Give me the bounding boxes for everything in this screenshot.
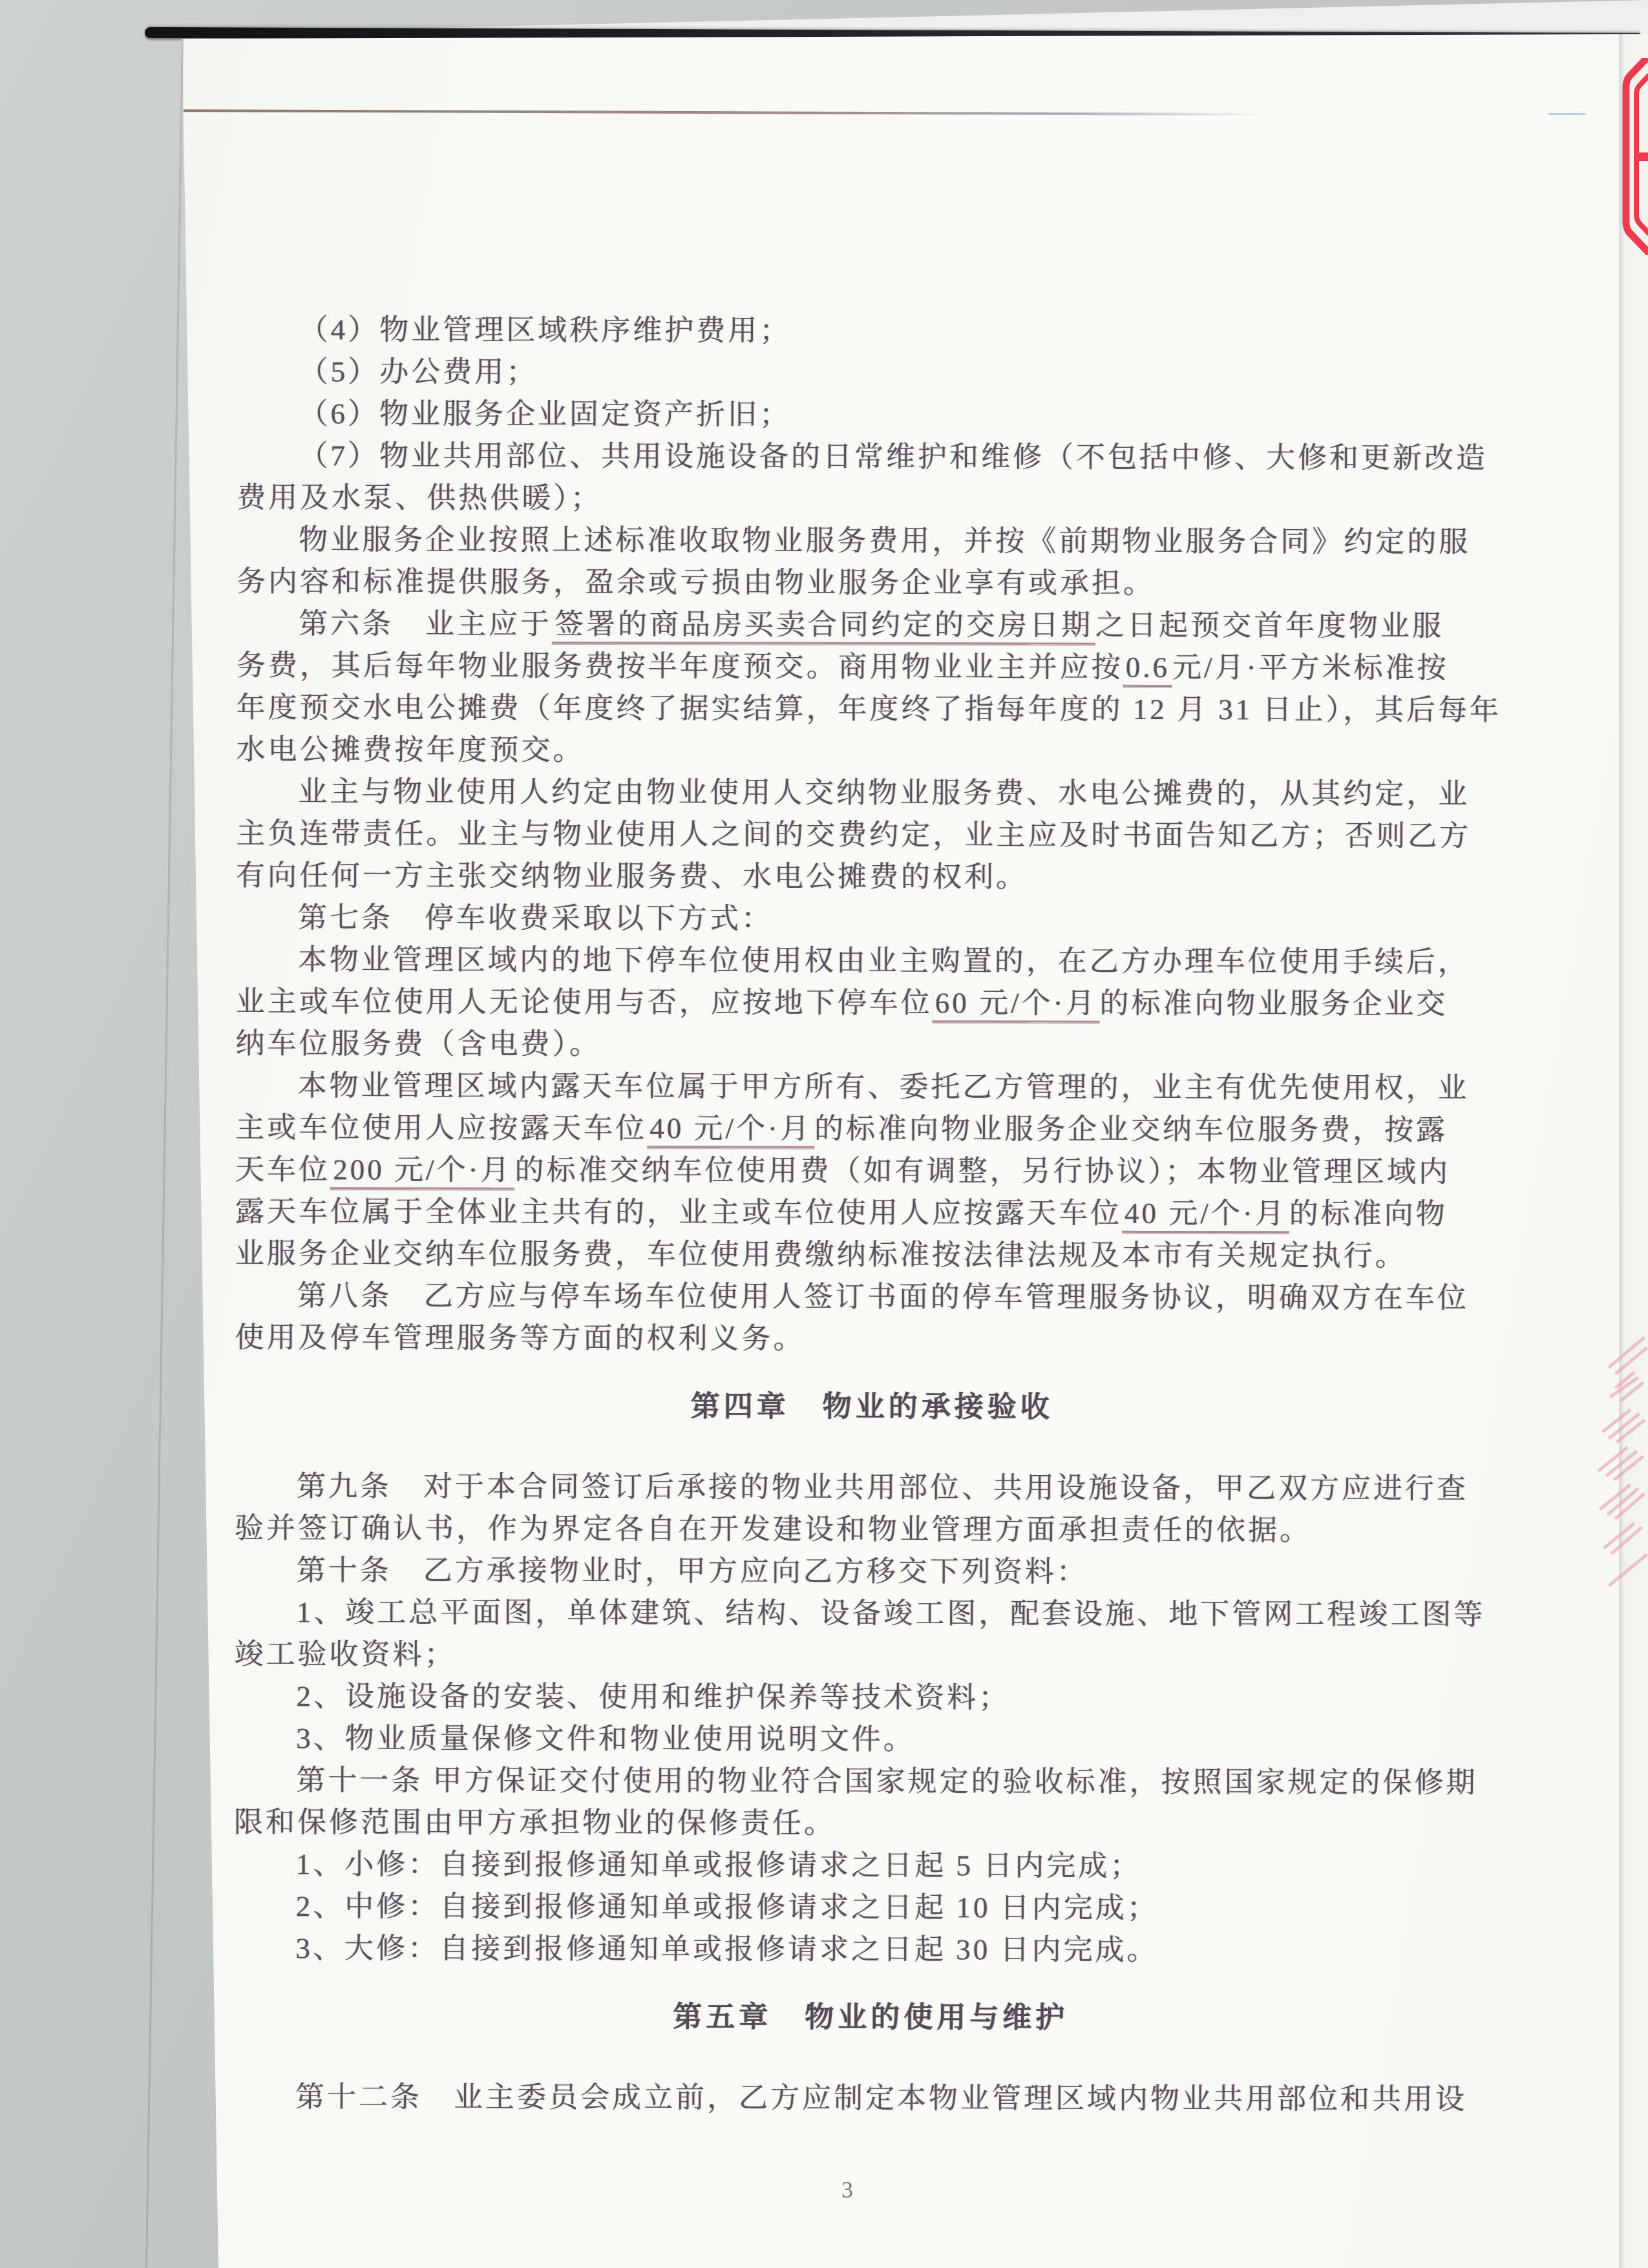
text-segment: 物业服务企业按照上述标准收取物业服务费用，并按《前期物业服务合同》约定的服 (299, 523, 1470, 558)
underlined-fill-in: 200 元/个·月 (330, 1153, 514, 1190)
underlined-fill-in: 0.6 (1123, 651, 1172, 687)
text-line: 业服务企业交纳车位服务费，车位使用费缴纳标准按法律法规及本市有关规定执行。 (235, 1233, 1510, 1277)
text-line: 3、物业质量保修文件和物业使用说明文件。 (234, 1717, 1508, 1762)
fold-crease-line (149, 109, 1267, 116)
text-line: 本物业管理区域内露天车位属于甲方所有、委托乙方管理的，业主有优先使用权，业 (235, 1065, 1510, 1109)
text-line: 第七条 停车收费采取以下方式： (236, 897, 1510, 941)
scanned-document: （4）物业管理区域秩序维护费用；（5）办公费用；（6）物业服务企业固定资产折旧；… (0, 0, 1648, 2268)
text-segment: 业服务企业交纳车位服务费，车位使用费缴纳标准按法律法规及本市有关规定执行。 (235, 1237, 1407, 1272)
text-line: 第十二条 业主委员会成立前，乙方应制定本物业管理区域内物业共用部位和共用设 (233, 2076, 1508, 2121)
text-segment: 费用及水泵、供热供暖）； (237, 481, 602, 514)
text-segment: 本物业管理区域内的地下停车位使用权由业主购置的，在乙方办理车位使用手续后， (298, 943, 1470, 978)
text-segment: 第五章 物业的使用与维护 (673, 2000, 1068, 2033)
text-segment: 第七条 停车收费采取以下方式： (298, 901, 773, 935)
text-segment: 元/月·平方米标准按 (1172, 651, 1449, 684)
text-line: 业主或车位使用人无论使用与否，应按地下停车位60 元/个·月的标准向物业服务企业… (236, 981, 1510, 1025)
text-segment: 1、小修：自接到报修通知单或报修请求之日起 5 日内完成； (296, 1848, 1142, 1882)
text-segment: 2、中修：自接到报修通知单或报修请求之日起 10 日内完成； (296, 1890, 1159, 1924)
text-line: 年度预交水电公摊费（年度终了据实结算，年度终了指每年度的 12 月 31 日止）… (237, 687, 1511, 731)
text-segment: 第十条 乙方承接物业时，甲方应向乙方移交下列资料： (297, 1554, 1088, 1588)
text-line: 第八条 乙方应与停车场车位使用人签订书面的停车管理服务协议，明确双方在车位 (235, 1275, 1510, 1319)
text-line: 第十一条 甲方保证交付使用的物业符合国家规定的验收标准，按照国家规定的保修期 (234, 1759, 1508, 1804)
chapter-heading: 第五章 物业的使用与维护 (233, 1995, 1508, 2040)
text-segment: 有向任何一方主张交纳物业服务费、水电公摊费的权利。 (236, 859, 1028, 894)
text-segment: 的标准向物业服务企业交纳车位服务费，按露 (814, 1113, 1448, 1146)
text-line: 纳车位服务费（含电费）。 (235, 1023, 1510, 1067)
text-line: 1、小修：自接到报修通知单或报修请求之日起 5 日内完成； (234, 1843, 1508, 1888)
text-segment: 第四章 物业的承接验收 (691, 1390, 1053, 1423)
underlined-fill-in: 40 元/个·月 (1122, 1197, 1289, 1234)
text-segment: 务费，其后每年物业服务费按半年度预交。商用物业业主并应按 (237, 649, 1123, 684)
text-segment: 3、物业质量保修文件和物业使用说明文件。 (296, 1722, 915, 1756)
text-line: 竣工验收资料； (235, 1633, 1509, 1678)
text-segment: 验并签订确认书，作为界定各自在开发建设和物业管理方面承担责任的依据。 (235, 1512, 1311, 1546)
text-line: 本物业管理区域内的地下停车位使用权由业主购置的，在乙方办理车位使用手续后， (236, 939, 1510, 983)
text-segment: （4）物业管理区域秩序维护费用； (299, 313, 792, 347)
text-segment: 本物业管理区域内露天车位属于甲方所有、委托乙方管理的，业主有优先使用权，业 (297, 1069, 1469, 1104)
text-segment: 业主或车位使用人无论使用与否，应按地下停车位 (236, 985, 933, 1019)
page-number: 3 (841, 2176, 853, 2203)
text-line: 1、竣工总平面图，单体建筑、结构、设备竣工图，配套设施、地下管网工程竣工图等 (235, 1591, 1509, 1636)
text-line: 2、设施设备的安装、使用和维护保养等技术资料； (234, 1675, 1508, 1720)
text-line: 第六条 业主应于签署的商品房买卖合同约定的交房日期之日起预交首年度物业服 (237, 603, 1511, 647)
text-line: 2、中修：自接到报修通知单或报修请求之日起 10 日内完成； (234, 1885, 1508, 1930)
text-segment: 第八条 乙方应与停车场车位使用人签订书面的停车管理服务协议，明确双方在车位 (297, 1279, 1469, 1314)
text-segment: 的标准向物 (1289, 1197, 1448, 1230)
text-segment: 年度预交水电公摊费（年度终了据实结算，年度终了指每年度的 12 月 31 日止）… (237, 691, 1502, 726)
text-line: 主或车位使用人应按露天车位40 元/个·月的标准向物业服务企业交纳车位服务费，按… (235, 1107, 1510, 1151)
text-line: （6）物业服务企业固定资产折旧； (237, 393, 1512, 437)
text-segment: 第六条 业主应于 (299, 607, 552, 640)
text-segment: 天车位 (235, 1153, 330, 1186)
blue-pen-mark (1548, 113, 1586, 115)
text-line: 3、大修：自接到报修通知单或报修请求之日起 30 日内完成。 (234, 1927, 1508, 1972)
text-line: 水电公摊费按年度预交。 (236, 729, 1510, 773)
text-line: 物业服务企业按照上述标准收取物业服务费用，并按《前期物业服务合同》约定的服 (237, 519, 1511, 563)
text-segment: 纳车位服务费（含电费）。 (236, 1027, 602, 1060)
text-segment: 主负连带责任。业主与物业使用人之间的交费约定，业主应及时书面告知乙方；否则乙方 (236, 817, 1471, 852)
text-segment: （5）办公费用； (299, 355, 538, 388)
text-segment: 1、竣工总平面图，单体建筑、结构、设备竣工图，配套设施、地下管网工程竣工图等 (297, 1596, 1486, 1631)
text-segment: 第十一条 甲方保证交付使用的物业符合国家规定的验收标准，按照国家规定的保修期 (296, 1764, 1477, 1799)
text-segment: 之日起预交首年度物业服 (1095, 609, 1444, 642)
text-segment: （7）物业共用部位、共用设施设备的日常维护和维修（不包括中修、大修和更新改造 (299, 439, 1488, 474)
text-segment: 业主与物业使用人约定由物业使用人交纳物业服务费、水电公摊费的，从其约定，业 (298, 775, 1470, 810)
text-line: 露天车位属于全体业主共有的，业主或车位使用人应按露天车位40 元/个·月的标准向… (235, 1191, 1510, 1235)
document-lines: （4）物业管理区域秩序维护费用；（5）办公费用；（6）物业服务企业固定资产折旧；… (233, 309, 1512, 2121)
text-segment: 的标准交纳车位使用费（如有调整，另行协议）；本物业管理区域内 (514, 1154, 1450, 1188)
text-line: 业主与物业使用人约定由物业使用人交纳物业服务费、水电公摊费的，从其约定，业 (236, 771, 1510, 815)
text-line: 务费，其后每年物业服务费按半年度预交。商用物业业主并应按0.6元/月·平方米标准… (237, 645, 1511, 689)
text-segment: 水电公摊费按年度预交。 (236, 733, 584, 766)
text-line: 第九条 对于本合同签订后承接的物业共用部位、共用设施设备，甲乙双方应进行查 (235, 1465, 1509, 1510)
text-segment: 务内容和标准提供服务，盈余或亏损由物业服务企业享有或承担。 (237, 565, 1155, 600)
red-watermark-fragment (1571, 1276, 1648, 1599)
text-segment: 使用及停车管理服务等方面的权利义务。 (235, 1321, 805, 1355)
page-left-edge (145, 39, 184, 2268)
text-segment: 露天车位属于全体业主共有的，业主或车位使用人应按露天车位 (235, 1195, 1122, 1230)
text-segment: 第九条 对于本合同签订后承接的物业共用部位、共用设施设备，甲乙双方应进行查 (297, 1470, 1468, 1505)
text-line: （7）物业共用部位、共用设施设备的日常维护和维修（不包括中修、大修和更新改造 (237, 435, 1511, 479)
text-line: 使用及停车管理服务等方面的权利义务。 (235, 1317, 1510, 1361)
text-segment: （6）物业服务企业固定资产折旧； (299, 397, 792, 431)
underlined-fill-in: 40 元/个·月 (647, 1112, 814, 1148)
text-segment: 3、大修：自接到报修通知单或报修请求之日起 30 日内完成。 (296, 1932, 1159, 1966)
text-segment: 主或车位使用人应按露天车位 (235, 1111, 647, 1144)
text-line: 限和保修范围由甲方承担物业的保修责任。 (234, 1801, 1508, 1846)
text-line: 务内容和标准提供服务，盈余或亏损由物业服务企业享有或承担。 (237, 561, 1511, 605)
next-page-strip (1620, 34, 1648, 2268)
text-line: 天车位200 元/个·月的标准交纳车位使用费（如有调整，另行协议）；本物业管理区… (235, 1149, 1510, 1193)
text-segment: 的标准向物业服务企业交 (1099, 987, 1448, 1020)
text-segment: 第十二条 业主委员会成立前，乙方应制定本物业管理区域内物业共用部位和共用设 (295, 2081, 1467, 2116)
text-line: 第十条 乙方承接物业时，甲方应向乙方移交下列资料： (235, 1549, 1509, 1594)
underlined-fill-in: 签署的商品房买卖合同约定的交房日期 (552, 608, 1095, 645)
text-line: 验并签订确认书，作为界定各自在开发建设和物业管理方面承担责任的依据。 (235, 1507, 1509, 1552)
text-line: 有向任何一方主张交纳物业服务费、水电公摊费的权利。 (236, 855, 1510, 899)
contract-page: （4）物业管理区域秩序维护费用；（5）办公费用；（6）物业服务企业固定资产折旧；… (0, 0, 1648, 2268)
text-segment: 2、设施设备的安装、使用和维护保养等技术资料； (296, 1680, 1010, 1714)
text-segment: 限和保修范围由甲方承担物业的保修责任。 (234, 1806, 836, 1840)
text-line: （4）物业管理区域秩序维护费用； (237, 309, 1512, 353)
underlined-fill-in: 60 元/个·月 (933, 987, 1100, 1023)
red-stamp-fragment (1620, 58, 1648, 255)
chapter-heading: 第四章 物业的承接验收 (235, 1385, 1509, 1429)
text-line: （5）办公费用； (237, 351, 1512, 395)
text-line: 主负连带责任。业主与物业使用人之间的交费约定，业主应及时书面告知乙方；否则乙方 (236, 813, 1510, 857)
text-line: 费用及水泵、供热供暖）； (237, 477, 1511, 521)
text-segment: 竣工验收资料； (235, 1638, 456, 1671)
